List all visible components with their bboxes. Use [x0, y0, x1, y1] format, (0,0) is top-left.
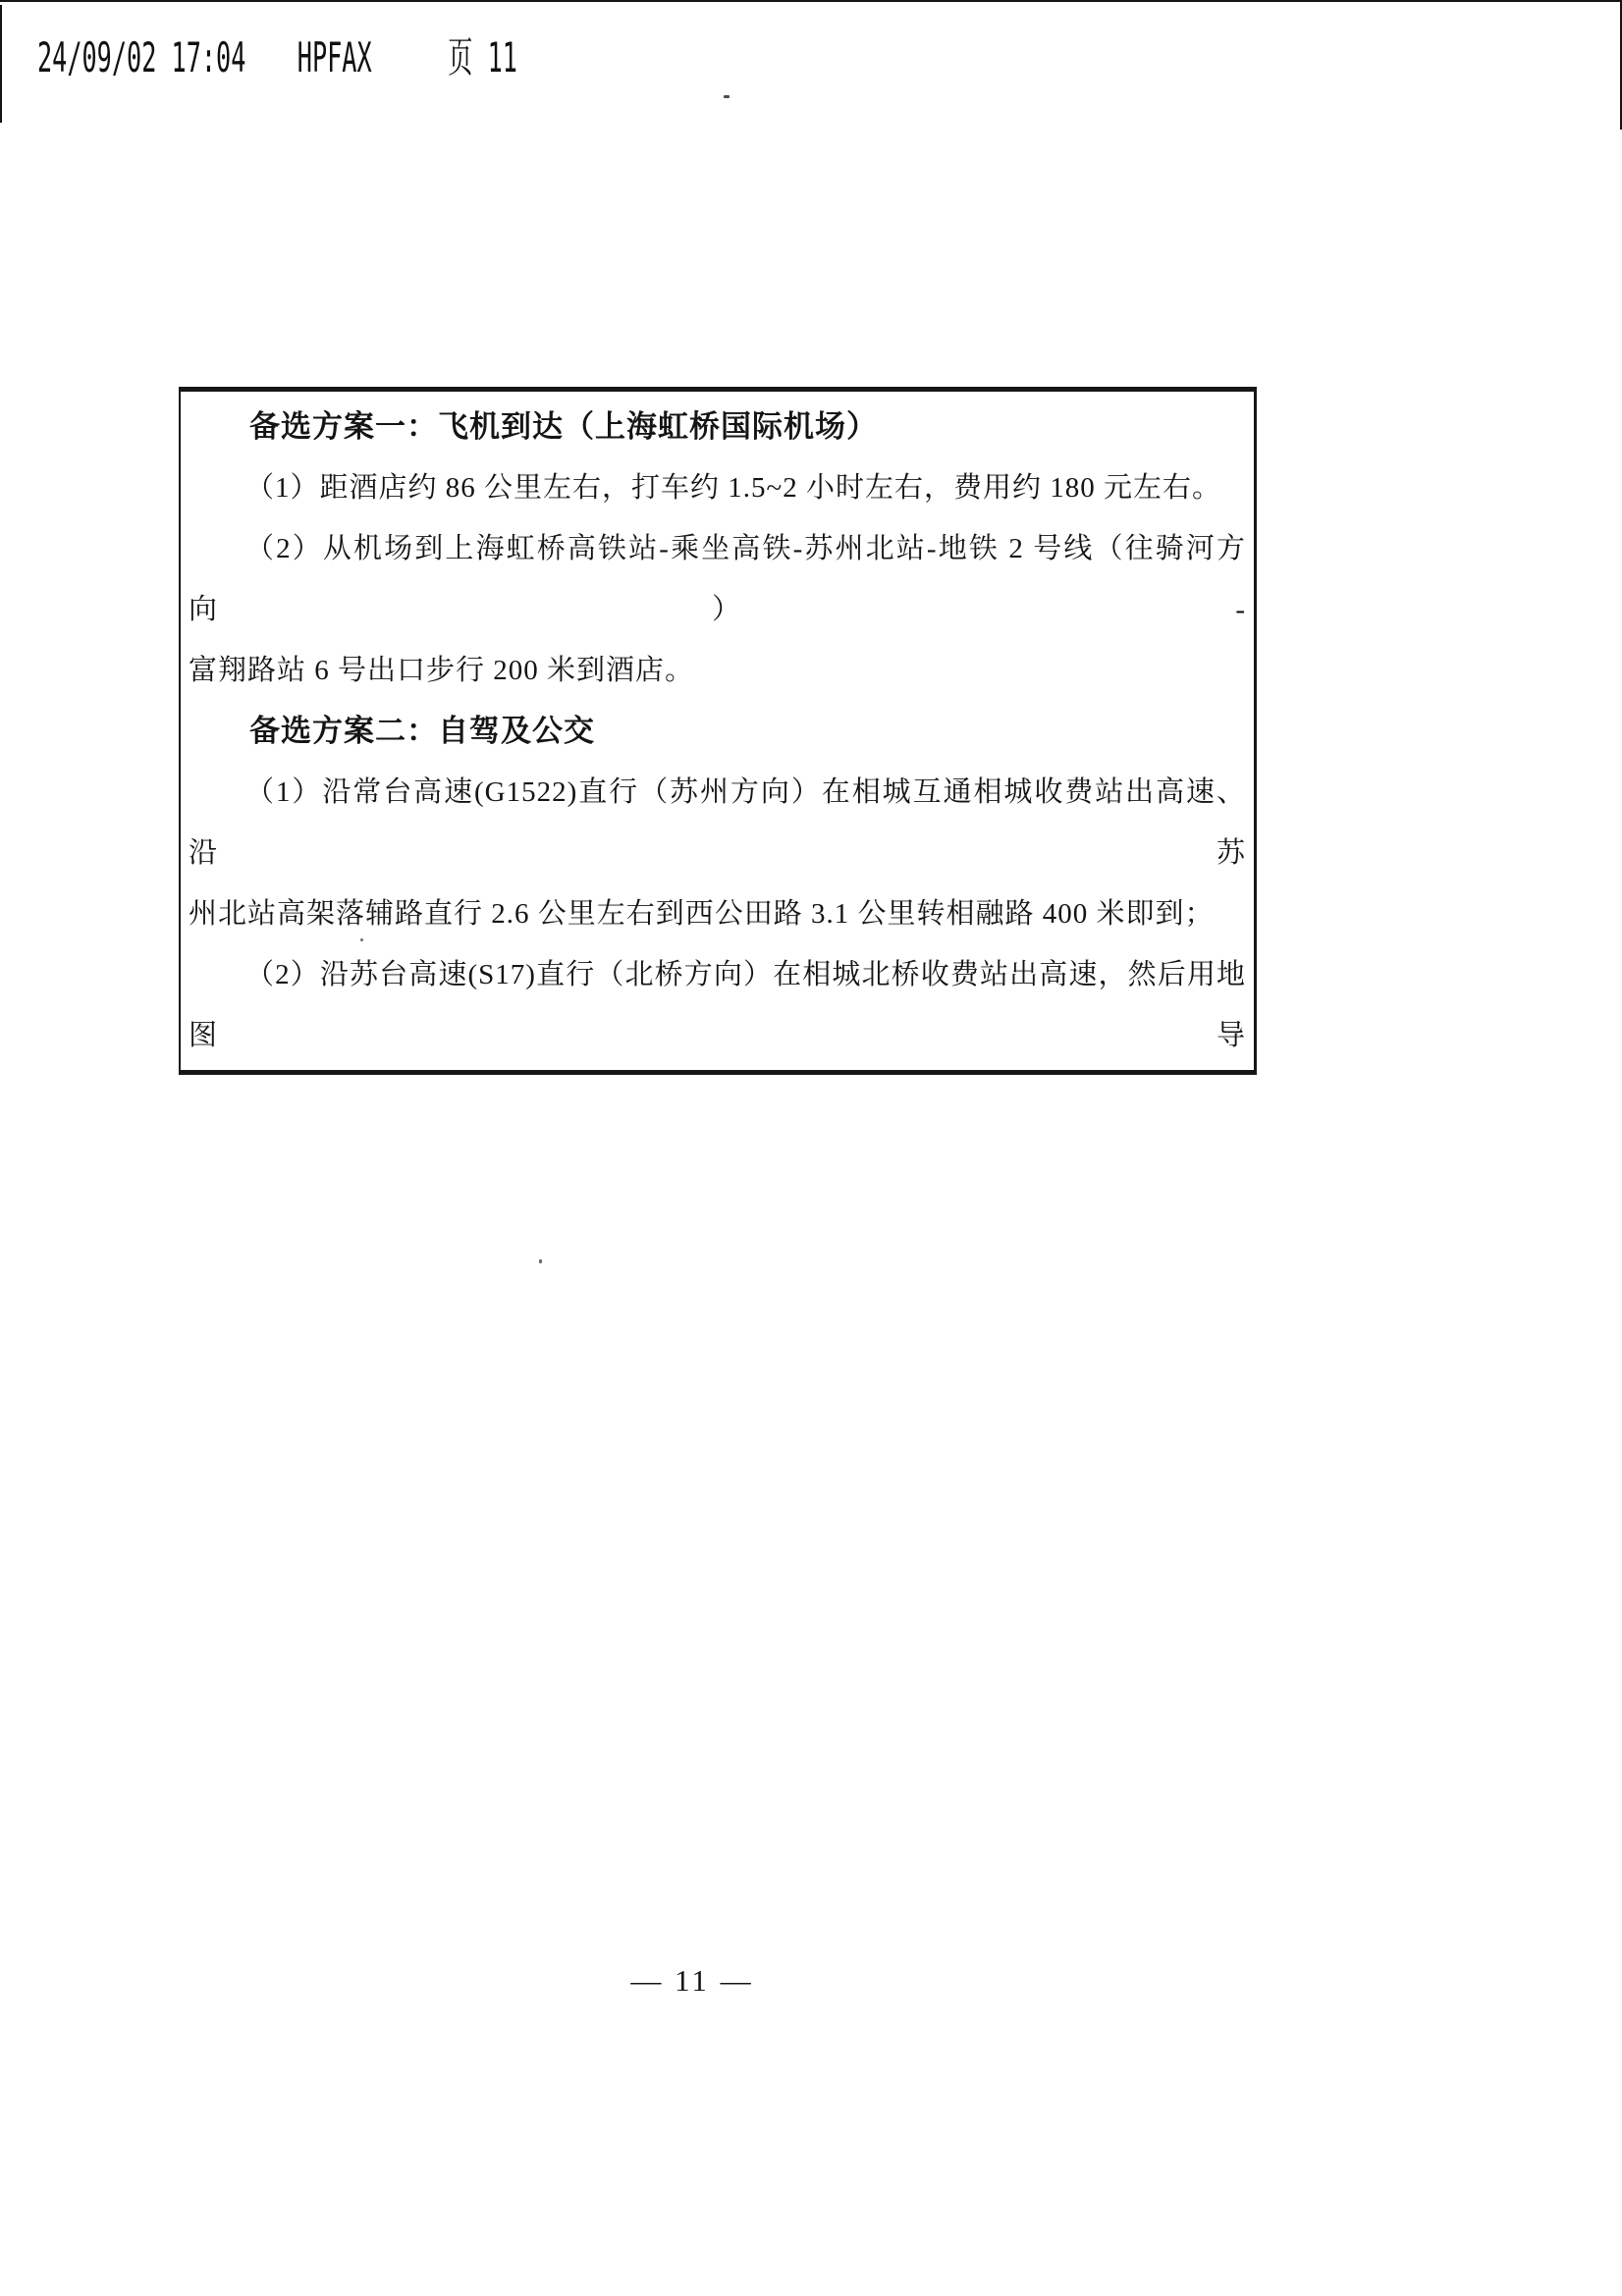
scan-edge-artifact-left — [0, 5, 2, 123]
plan-text-line: （2）从机场到上海虹桥高铁站-乘坐高铁-苏州北站-地铁 2 号线（往骑河方向）- — [189, 518, 1246, 640]
scan-noise-speck — [724, 95, 730, 98]
fax-page-indicator: 页 11 — [448, 33, 517, 81]
plan-text-line: （1）距酒店约 86 公里左右，打车约 1.5~2 小时左右，费用约 180 元… — [189, 457, 1246, 518]
plan-text-line: 州北站高架落辅路直行 2.6 公里左右到西公田路 3.1 公里转相融路 400 … — [189, 883, 1246, 944]
fax-datetime: 24/09/02 17:04 — [37, 33, 245, 81]
page-footer: — 11 — — [545, 1963, 839, 1999]
page-number: — 11 — — [630, 1963, 753, 1998]
scan-edge-artifact-top — [0, 0, 1622, 2]
fax-header: 24/09/02 17:04 HPFAX 页 11 — [37, 26, 517, 84]
plan-text-line: 富翔路站 6 号出口步行 200 米到酒店。 — [189, 640, 1246, 701]
plan-text-line: 航约 8 公里即到； — [189, 1066, 1246, 1075]
plan-text-line: （1）沿常台高速(G1522)直行（苏州方向）在相城互通相城收费站出高速、沿苏 — [189, 762, 1246, 883]
fax-document-page: 24/09/02 17:04 HPFAX 页 11 备选方案一：飞机到达（上海虹… — [0, 0, 1622, 2296]
fax-device-name: HPFAX — [297, 33, 372, 81]
notice-box: 备选方案一：飞机到达（上海虹桥国际机场）（1）距酒店约 86 公里左右，打车约 … — [179, 387, 1257, 1075]
plan-heading-line: 备选方案一：飞机到达（上海虹桥国际机场） — [189, 397, 1246, 457]
plan-heading-line: 备选方案二：自驾及公交 — [189, 701, 1246, 762]
plan-text-line: （2）沿苏台高速(S17)直行（北桥方向）在相城北桥收费站出高速，然后用地图导 — [189, 944, 1246, 1066]
scan-noise-speck — [539, 1259, 542, 1263]
